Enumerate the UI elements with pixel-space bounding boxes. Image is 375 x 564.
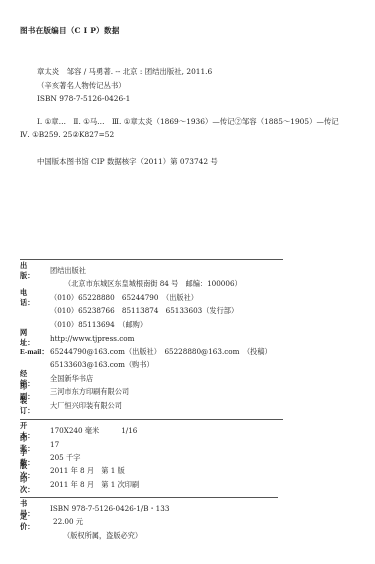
book-number-value: ISBN 978-7-5126-0426-1/B・133 [50, 504, 169, 514]
cip-series-line: （辛亥著名人物传记丛书） [37, 80, 126, 91]
divider-bottom [20, 497, 278, 498]
email-row: E-mail： 65244790@163.com（出版社） 65228880@1… [20, 345, 272, 358]
divider-middle [20, 419, 283, 420]
cip-heading: 图书在版编目（C I P）数据 [20, 25, 120, 36]
printer-value: 三河市东方印刷有限公司 [50, 387, 129, 397]
price-value: 22.00 元 [53, 517, 83, 527]
format-fraction: 1/16 [121, 426, 137, 435]
phone-label: 电话： [20, 288, 50, 308]
cip-classification-line-2: Ⅳ. ①B259. 25②K827=52 [20, 130, 114, 139]
binder-row: 装订： 大厂恒兴印装有限公司 [20, 399, 122, 412]
cip-title-line: 章太炎 邹容 / 马勇著. -- 北京 : 团结出版社, 2011.6 [37, 66, 212, 77]
phone-row: 电话： （010）65228880 65244790 （出版社） [20, 291, 198, 304]
price-row: 定价： 22.00 元 [20, 516, 83, 529]
cip-verification-number: 中国版本图书馆 CIP 数据核字（2011）第 073742 号 [37, 156, 218, 167]
binder-value: 大厂恒兴印装有限公司 [50, 401, 122, 411]
phone-line-2: （010）65238766 85113874 65133603（发行部） [50, 305, 238, 318]
publisher-label: 出版： [20, 261, 50, 281]
divider-top [20, 259, 283, 260]
copyright-notice: （版权所属，盗版必究） [63, 529, 142, 542]
printing-row: 印次： 2011 年 8 月 第 1 次印刷 [20, 478, 139, 491]
phone-line-3: （010）85113694 （邮购） [50, 318, 147, 331]
sheets-value: 17 [50, 440, 59, 449]
cip-classification-line-1: Ⅰ. ①章… Ⅱ. ①马… Ⅲ. ①章太炎（1869～1936）—传记②邹容（1… [37, 116, 339, 127]
edition-value: 2011 年 8 月 第 1 版 [50, 466, 125, 476]
price-label: 定价： [20, 512, 50, 532]
publisher-value: 团结出版社 [50, 266, 86, 276]
publisher-row: 出版： 团结出版社 [20, 264, 86, 277]
publisher-address: （北京市东城区东皇城根南街 84 号 邮编：100006） [64, 278, 242, 291]
cip-isbn-line: ISBN 978-7-5126-0426-1 [37, 94, 130, 103]
format-value: 170X240 毫米 [50, 426, 99, 436]
distributor-value: 全国新华书店 [50, 374, 93, 384]
website-row: 网址： http://www.tjpress.com [20, 332, 134, 345]
email-line-2[interactable]: 65133603@163.com（购书） [50, 359, 154, 372]
binder-label: 装订： [20, 396, 50, 416]
printing-label: 印次： [20, 475, 50, 495]
website-link[interactable]: http://www.tjpress.com [50, 334, 134, 343]
words-value: 205 千字 [50, 453, 80, 463]
phone-line-1: （010）65228880 65244790 （出版社） [50, 293, 198, 303]
email-label: E-mail： [20, 346, 50, 357]
email-line-1[interactable]: 65244790@163.com（出版社） 65228880@163.com （… [50, 347, 272, 357]
printing-value: 2011 年 8 月 第 1 次印刷 [50, 480, 139, 490]
